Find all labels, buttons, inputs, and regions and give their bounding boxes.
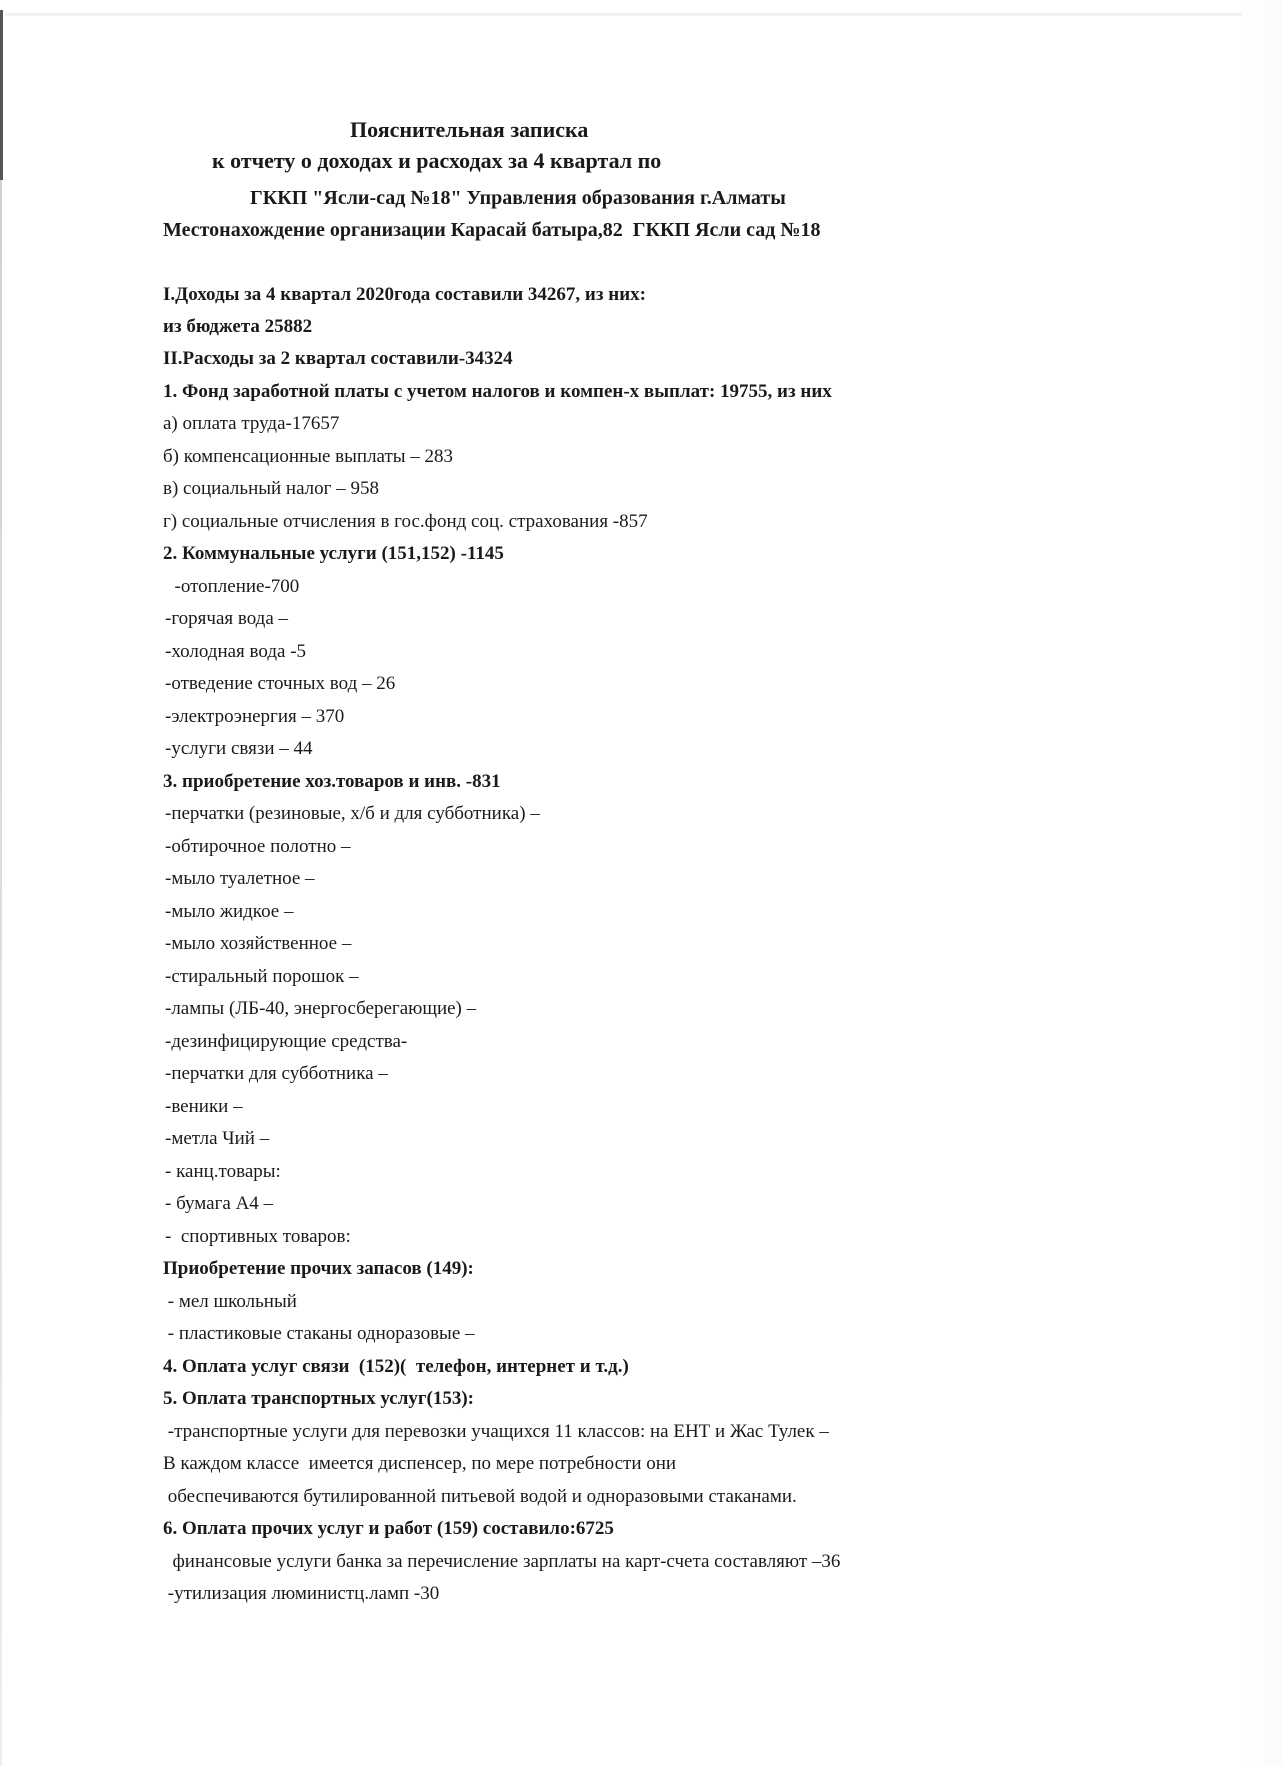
list-item: -мыло туалетное –: [165, 868, 315, 890]
income-budget: из бюджета 25882: [163, 316, 312, 338]
list-item: -мыло жидкое –: [165, 901, 294, 923]
list-item: -лампы (ЛБ-40, энергосберегающие) –: [165, 998, 476, 1020]
list-item: -перчатки для субботника –: [165, 1063, 388, 1085]
list-item: б) компенсационные выплаты – 283: [163, 446, 453, 468]
section-heading-transport: 5. Оплата транспортных услуг(153):: [163, 1388, 474, 1410]
section-heading-utilities: 2. Коммунальные услуги (151,152) -1145: [163, 543, 504, 565]
list-item: а) оплата труда-17657: [163, 413, 339, 435]
list-item: -перчатки (резиновые, х/б и для субботни…: [165, 803, 540, 825]
list-item: -стиральный порошок –: [165, 966, 359, 988]
list-item: -электроэнергия – 370: [165, 706, 344, 728]
list-item: -мыло хозяйственное –: [165, 933, 351, 955]
list-item: -метла Чий –: [165, 1128, 269, 1150]
list-item: -обтирочное полотно –: [165, 836, 350, 858]
list-item: - мел школьный: [163, 1291, 297, 1313]
list-item: -утилизация люминистц.ламп -30: [163, 1583, 439, 1605]
organization-name: ГККП "Ясли-сад №18" Управления образован…: [250, 186, 786, 210]
list-item: в) социальный налог – 958: [163, 478, 379, 500]
list-item: -отведение сточных вод – 26: [165, 673, 395, 695]
income-total: I.Доходы за 4 квартал 2020года составили…: [163, 284, 646, 306]
list-item: -холодная вода -5: [165, 641, 306, 663]
document-title: Пояснительная записка: [350, 117, 588, 143]
list-item: -дезинфицирующие средства-: [165, 1031, 407, 1053]
list-item: -горячая вода –: [165, 608, 288, 630]
section-heading-payroll: 1. Фонд заработной платы с учетом налого…: [163, 381, 832, 403]
list-item: -услуги связи – 44: [165, 738, 313, 760]
list-item: финансовые услуги банка за перечисление …: [163, 1551, 840, 1573]
section-heading-communication: 4. Оплата услуг связи (152)( телефон, ин…: [163, 1356, 629, 1378]
list-item: В каждом классе имеется диспенсер, по ме…: [163, 1453, 676, 1475]
expenses-total: II.Расходы за 2 квартал составили-34324: [163, 348, 513, 370]
document-page: Пояснительная записка к отчету о доходах…: [0, 0, 1283, 1766]
list-item: - пластиковые стаканы одноразовые –: [163, 1323, 475, 1345]
document-subtitle: к отчету о доходах и расходах за 4 кварт…: [212, 148, 661, 174]
section-heading-other-services: 6. Оплата прочих услуг и работ (159) сос…: [163, 1518, 614, 1540]
list-item: обеспечиваются бутилированной питьевой в…: [163, 1486, 797, 1508]
section-heading-other-inventories: Приобретение прочих запасов (149):: [163, 1258, 474, 1280]
list-item: - бумага А4 –: [165, 1193, 273, 1215]
list-item: - спортивных товаров:: [165, 1226, 351, 1248]
list-item: -транспортные услуги для перевозки учащи…: [163, 1421, 829, 1443]
list-item: г) социальные отчисления в гос.фонд соц.…: [163, 511, 648, 533]
list-item: - канц.товары:: [165, 1161, 281, 1183]
section-heading-household-goods: 3. приобретение хоз.товаров и инв. -831: [163, 771, 501, 793]
list-item: -веники –: [165, 1096, 243, 1118]
list-item: -отопление-700: [165, 576, 299, 598]
organization-location: Местонахождение организации Карасай баты…: [163, 218, 820, 242]
